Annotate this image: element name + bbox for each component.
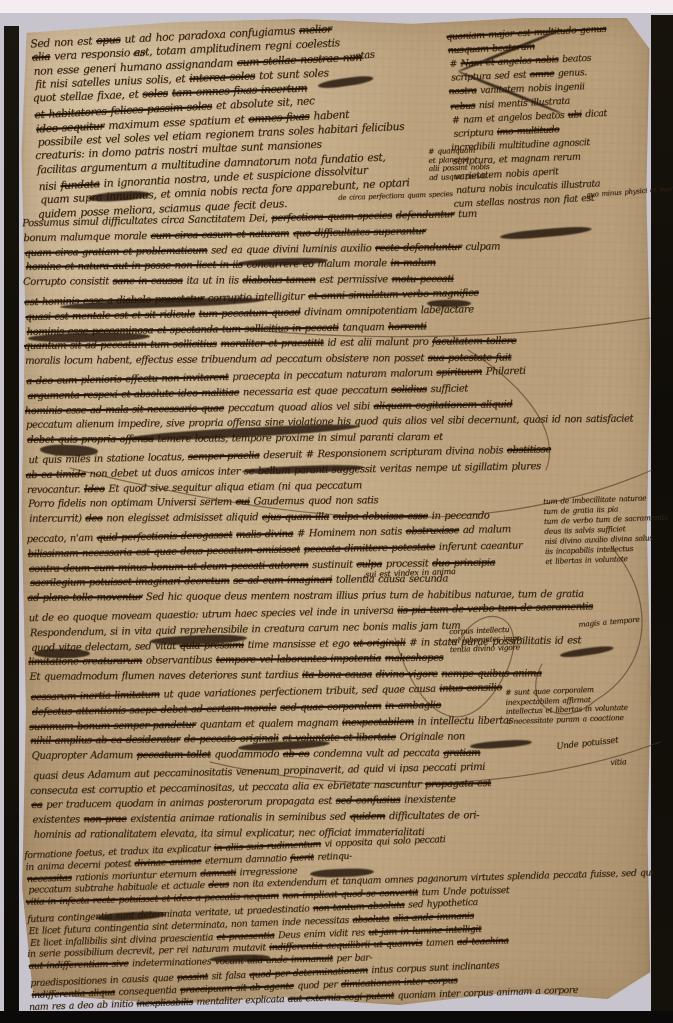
- connector-stroke: [250, 318, 650, 337]
- scanned-manuscript-image: Sed non est opus ut ad hoc paradoxa conf…: [0, 0, 673, 1023]
- connector-stroke: [536, 548, 642, 714]
- connector-stroke: [70, 468, 652, 518]
- connector-stroke: [395, 616, 514, 716]
- connector-stroke: [210, 742, 660, 784]
- connector-stroke: [468, 350, 549, 470]
- connector-strokes: [0, 0, 673, 1023]
